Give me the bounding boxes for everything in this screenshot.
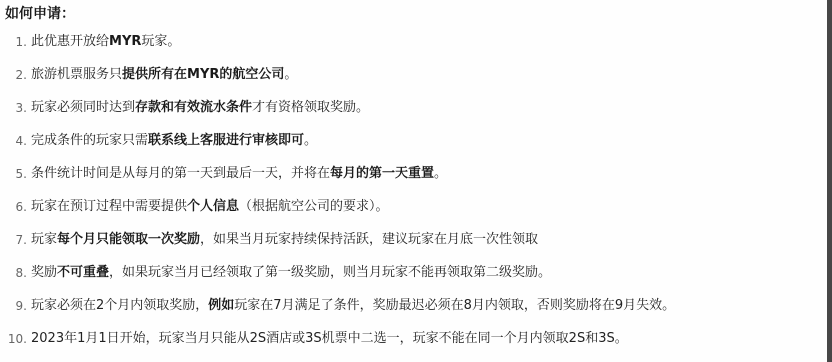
rule-item: 7.玩家每个月只能领取一次奖励，如果当月玩家持续保持活跃，建议玩家在月底一次性领… (5, 230, 820, 263)
rule-item: 5.条件统计时间是从每月的第一天到最后一天，并将在每月的第一天重置。 (5, 164, 820, 197)
rule-text-segment: 。 (304, 133, 317, 148)
rules-list: 1.此优惠开放给MYR玩家。2.旅游机票服务只提供所有在MYR的航空公司。3.玩… (5, 32, 820, 362)
rule-text-segment: 条件统计时间是从每月的第一天到最后一天，并将在 (31, 166, 330, 181)
rule-text: 此优惠开放给MYR玩家。 (31, 32, 180, 52)
rule-text-segment: 玩家在7月满足了条件，奖励最迟必须在8月内领取，否则奖励将在9月失效。 (234, 298, 675, 313)
rule-text-emphasis: 每个月只能领取一次奖励 (57, 232, 200, 247)
rule-number: 5. (5, 164, 27, 184)
rule-text-emphasis: 提供所有在MYR的航空公司 (122, 67, 284, 82)
rule-text: 奖励不可重叠，如果玩家当月已经领取了第一级奖励，则当月玩家不能再领取第二级奖励。 (31, 263, 551, 283)
rule-number: 10. (5, 329, 27, 349)
how-to-apply-section: 如何申请： 1.此优惠开放给MYR玩家。2.旅游机票服务只提供所有在MYR的航空… (5, 4, 820, 362)
rule-item: 9.玩家必须在2个月内领取奖励，例如玩家在7月满足了条件，奖励最迟必须在8月内领… (5, 296, 820, 329)
rule-text-segment: 玩家必须在2个月内领取奖励， (31, 298, 208, 313)
rule-item: 10.2023年1月1日开始，玩家当月只能从2S酒店或3S机票中二选一，玩家不能… (5, 329, 820, 362)
rule-text-segment: 玩家。 (141, 34, 180, 49)
rule-text-segment: 此优惠开放给 (31, 34, 109, 49)
rule-text-emphasis: 联系线上客服进行审核即可 (148, 133, 304, 148)
rule-item: 4.完成条件的玩家只需联系线上客服进行审核即可。 (5, 131, 820, 164)
rule-text: 玩家在预订过程中需要提供个人信息（根据航空公司的要求）。 (31, 197, 389, 217)
rule-text-segment: 2023年1月1日开始，玩家当月只能从2S酒店或3S机票中二选一，玩家不能在同一… (31, 331, 628, 346)
section-heading: 如何申请： (5, 4, 820, 24)
rule-text-emphasis: 例如 (208, 298, 234, 313)
rule-text-segment: 玩家 (31, 232, 57, 247)
rule-item: 3.玩家必须同时达到存款和有效流水条件才有资格领取奖励。 (5, 98, 820, 131)
rule-text: 玩家必须在2个月内领取奖励，例如玩家在7月满足了条件，奖励最迟必须在8月内领取，… (31, 296, 675, 316)
rule-text-segment: 奖励 (31, 265, 57, 280)
rule-text-segment: ，如果玩家当月已经领取了第一级奖励，则当月玩家不能再领取第二级奖励。 (109, 265, 551, 280)
rule-item: 8.奖励不可重叠，如果玩家当月已经领取了第一级奖励，则当月玩家不能再领取第二级奖… (5, 263, 820, 296)
rule-text-emphasis: MYR (109, 34, 141, 49)
rule-number: 6. (5, 197, 27, 217)
rule-text: 玩家必须同时达到存款和有效流水条件才有资格领取奖励。 (31, 98, 369, 118)
rule-text-segment: 。 (284, 67, 297, 82)
rule-number: 2. (5, 65, 27, 85)
rule-text-segment: 才有资格领取奖励。 (252, 100, 369, 115)
rule-text-segment: 完成条件的玩家只需 (31, 133, 148, 148)
rule-text-emphasis: 每月的第一天重置 (330, 166, 434, 181)
rule-number: 4. (5, 131, 27, 151)
rule-text: 玩家每个月只能领取一次奖励，如果当月玩家持续保持活跃，建议玩家在月底一次性领取 (31, 230, 538, 250)
rule-item: 2.旅游机票服务只提供所有在MYR的航空公司。 (5, 65, 820, 98)
rule-number: 9. (5, 296, 27, 316)
vertical-scrollbar[interactable] (827, 0, 832, 362)
rule-text-segment: 旅游机票服务只 (31, 67, 122, 82)
rule-text: 2023年1月1日开始，玩家当月只能从2S酒店或3S机票中二选一，玩家不能在同一… (31, 329, 628, 349)
rule-text-segment: （根据航空公司的要求）。 (239, 199, 389, 214)
rule-text-emphasis: 个人信息 (187, 199, 239, 214)
rule-text-segment: 玩家必须同时达到 (31, 100, 135, 115)
rule-text: 条件统计时间是从每月的第一天到最后一天，并将在每月的第一天重置。 (31, 164, 447, 184)
rule-text: 完成条件的玩家只需联系线上客服进行审核即可。 (31, 131, 317, 151)
rule-text-segment: ，如果当月玩家持续保持活跃，建议玩家在月底一次性领取 (200, 232, 538, 247)
rule-text-emphasis: 存款和有效流水条件 (135, 100, 252, 115)
rule-number: 3. (5, 98, 27, 118)
rule-text-segment: 。 (434, 166, 447, 181)
rule-text-emphasis: 不可重叠 (57, 265, 109, 280)
rule-text-segment: 玩家在预订过程中需要提供 (31, 199, 187, 214)
rule-number: 1. (5, 32, 27, 52)
rule-number: 8. (5, 263, 27, 283)
rule-item: 6.玩家在预订过程中需要提供个人信息（根据航空公司的要求）。 (5, 197, 820, 230)
rule-number: 7. (5, 230, 27, 250)
rule-item: 1.此优惠开放给MYR玩家。 (5, 32, 820, 65)
rule-text: 旅游机票服务只提供所有在MYR的航空公司。 (31, 65, 297, 85)
